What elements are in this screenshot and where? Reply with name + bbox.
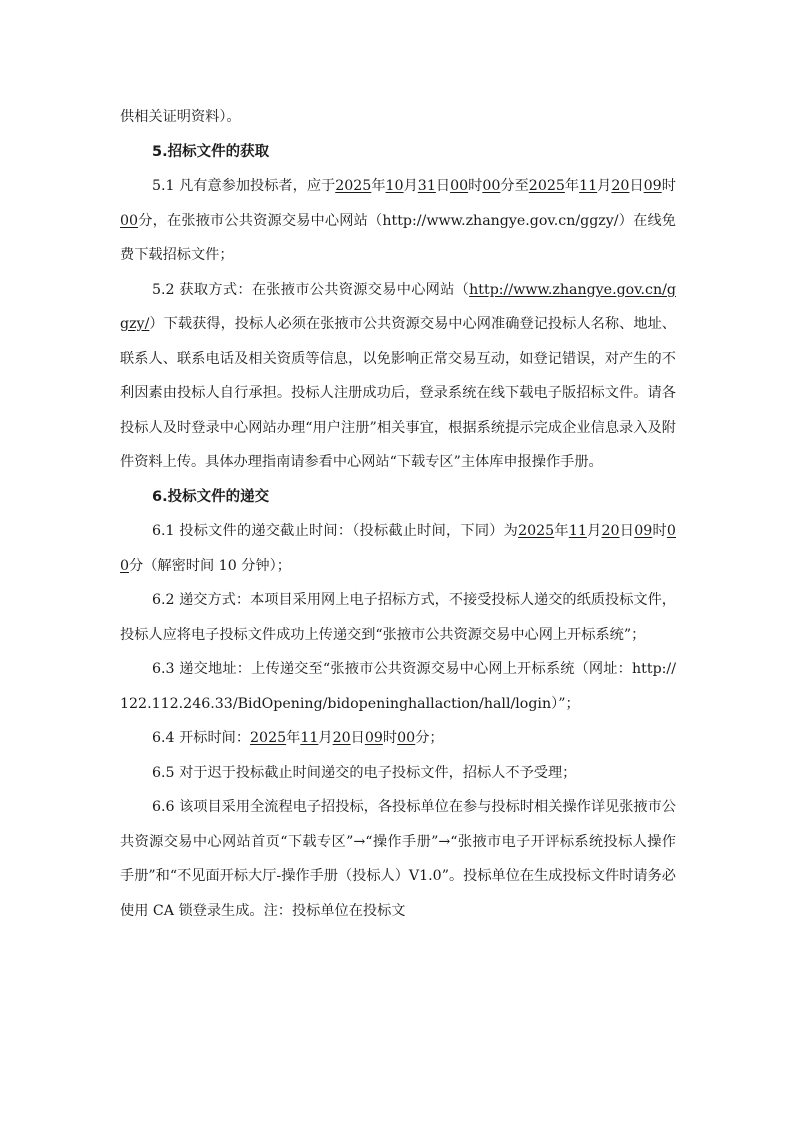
paragraph-6-3: 6.3 递交地址：上传递交至“张掖市公共资源交易中心网上开标系统（网址：http… bbox=[120, 652, 676, 721]
text: ）下载获得，投标人必须在张掖市公共资源交易中心网准确登记投标人名称、地址、联系人… bbox=[120, 316, 676, 470]
text: 6.1 投标文件的递交截止时间：（投标截止时间，下同）为 bbox=[152, 523, 518, 539]
deadline-month: 11 bbox=[569, 523, 587, 539]
end-month: 11 bbox=[579, 178, 597, 194]
end-year: 2025 bbox=[529, 178, 565, 194]
text: 日 bbox=[620, 523, 635, 539]
text: 月 bbox=[318, 730, 332, 746]
text: 5.2 获取方式：在张掖市公共资源交易中心网站（ bbox=[152, 282, 469, 298]
deadline-hour: 09 bbox=[634, 523, 652, 539]
text: 分，在张掖市公共资源交易中心网站（http://www.zhangye.gov.… bbox=[120, 213, 676, 264]
deadline-day: 20 bbox=[602, 523, 620, 539]
text: 时 bbox=[662, 178, 676, 194]
opening-minute: 00 bbox=[397, 730, 415, 746]
text: 月 bbox=[597, 178, 611, 194]
paragraph-6-4: 6.4 开标时间：2025年11月20日09时00分； bbox=[120, 721, 676, 756]
start-hour: 00 bbox=[450, 178, 468, 194]
text: 分（解密时间 10 分钟）； bbox=[129, 558, 291, 574]
paragraph-5-2: 5.2 获取方式：在张掖市公共资源交易中心网站（http://www.zhang… bbox=[120, 273, 676, 480]
start-year: 2025 bbox=[335, 178, 371, 194]
text: 月 bbox=[404, 178, 418, 194]
text: 时 bbox=[652, 523, 667, 539]
text: 日 bbox=[629, 178, 643, 194]
text: 时 bbox=[383, 730, 397, 746]
text: 年 bbox=[371, 178, 385, 194]
paragraph-6-5: 6.5 对于迟于投标截止时间递交的电子投标文件，招标人不予受理； bbox=[120, 756, 676, 791]
end-day: 20 bbox=[611, 178, 629, 194]
end-minute: 00 bbox=[120, 213, 138, 229]
paragraph-6-2: 6.2 递交方式：本项目采用网上电子招标方式，不接受投标人递交的纸质投标文件，投… bbox=[120, 583, 676, 652]
opening-day: 20 bbox=[333, 730, 351, 746]
text: 分； bbox=[415, 730, 443, 746]
text: 分至 bbox=[500, 178, 528, 194]
text: 日 bbox=[436, 178, 450, 194]
document-page: 供相关证明资料）。 5.招标文件的获取 5.1 凡有意参加投标者，应于2025年… bbox=[120, 100, 676, 928]
text: 月 bbox=[587, 523, 602, 539]
opening-hour: 09 bbox=[365, 730, 383, 746]
section-heading-6: 6.投标文件的递交 bbox=[120, 480, 676, 515]
paragraph-continuation: 供相关证明资料）。 bbox=[120, 100, 676, 135]
end-hour: 09 bbox=[644, 178, 662, 194]
text: 年 bbox=[565, 178, 579, 194]
text: 年 bbox=[554, 523, 569, 539]
text: 日 bbox=[351, 730, 365, 746]
text: 时 bbox=[468, 178, 482, 194]
start-month: 10 bbox=[386, 178, 404, 194]
text: 6.4 开标时间： bbox=[152, 730, 250, 746]
start-day: 31 bbox=[418, 178, 436, 194]
paragraph-6-1: 6.1 投标文件的递交截止时间：（投标截止时间，下同）为2025年11月20日0… bbox=[120, 514, 676, 583]
paragraph-6-6: 6.6 该项目采用全流程电子招投标，各投标单位在参与投标时相关操作详见张掖市公共… bbox=[120, 790, 676, 928]
deadline-year: 2025 bbox=[518, 523, 554, 539]
start-minute: 00 bbox=[482, 178, 500, 194]
paragraph-5-1: 5.1 凡有意参加投标者，应于2025年10月31日00时00分至2025年11… bbox=[120, 169, 676, 273]
opening-month: 11 bbox=[300, 730, 318, 746]
text: 5.1 凡有意参加投标者，应于 bbox=[152, 178, 335, 194]
opening-year: 2025 bbox=[250, 730, 286, 746]
section-heading-5: 5.招标文件的获取 bbox=[120, 135, 676, 170]
text: 年 bbox=[286, 730, 300, 746]
